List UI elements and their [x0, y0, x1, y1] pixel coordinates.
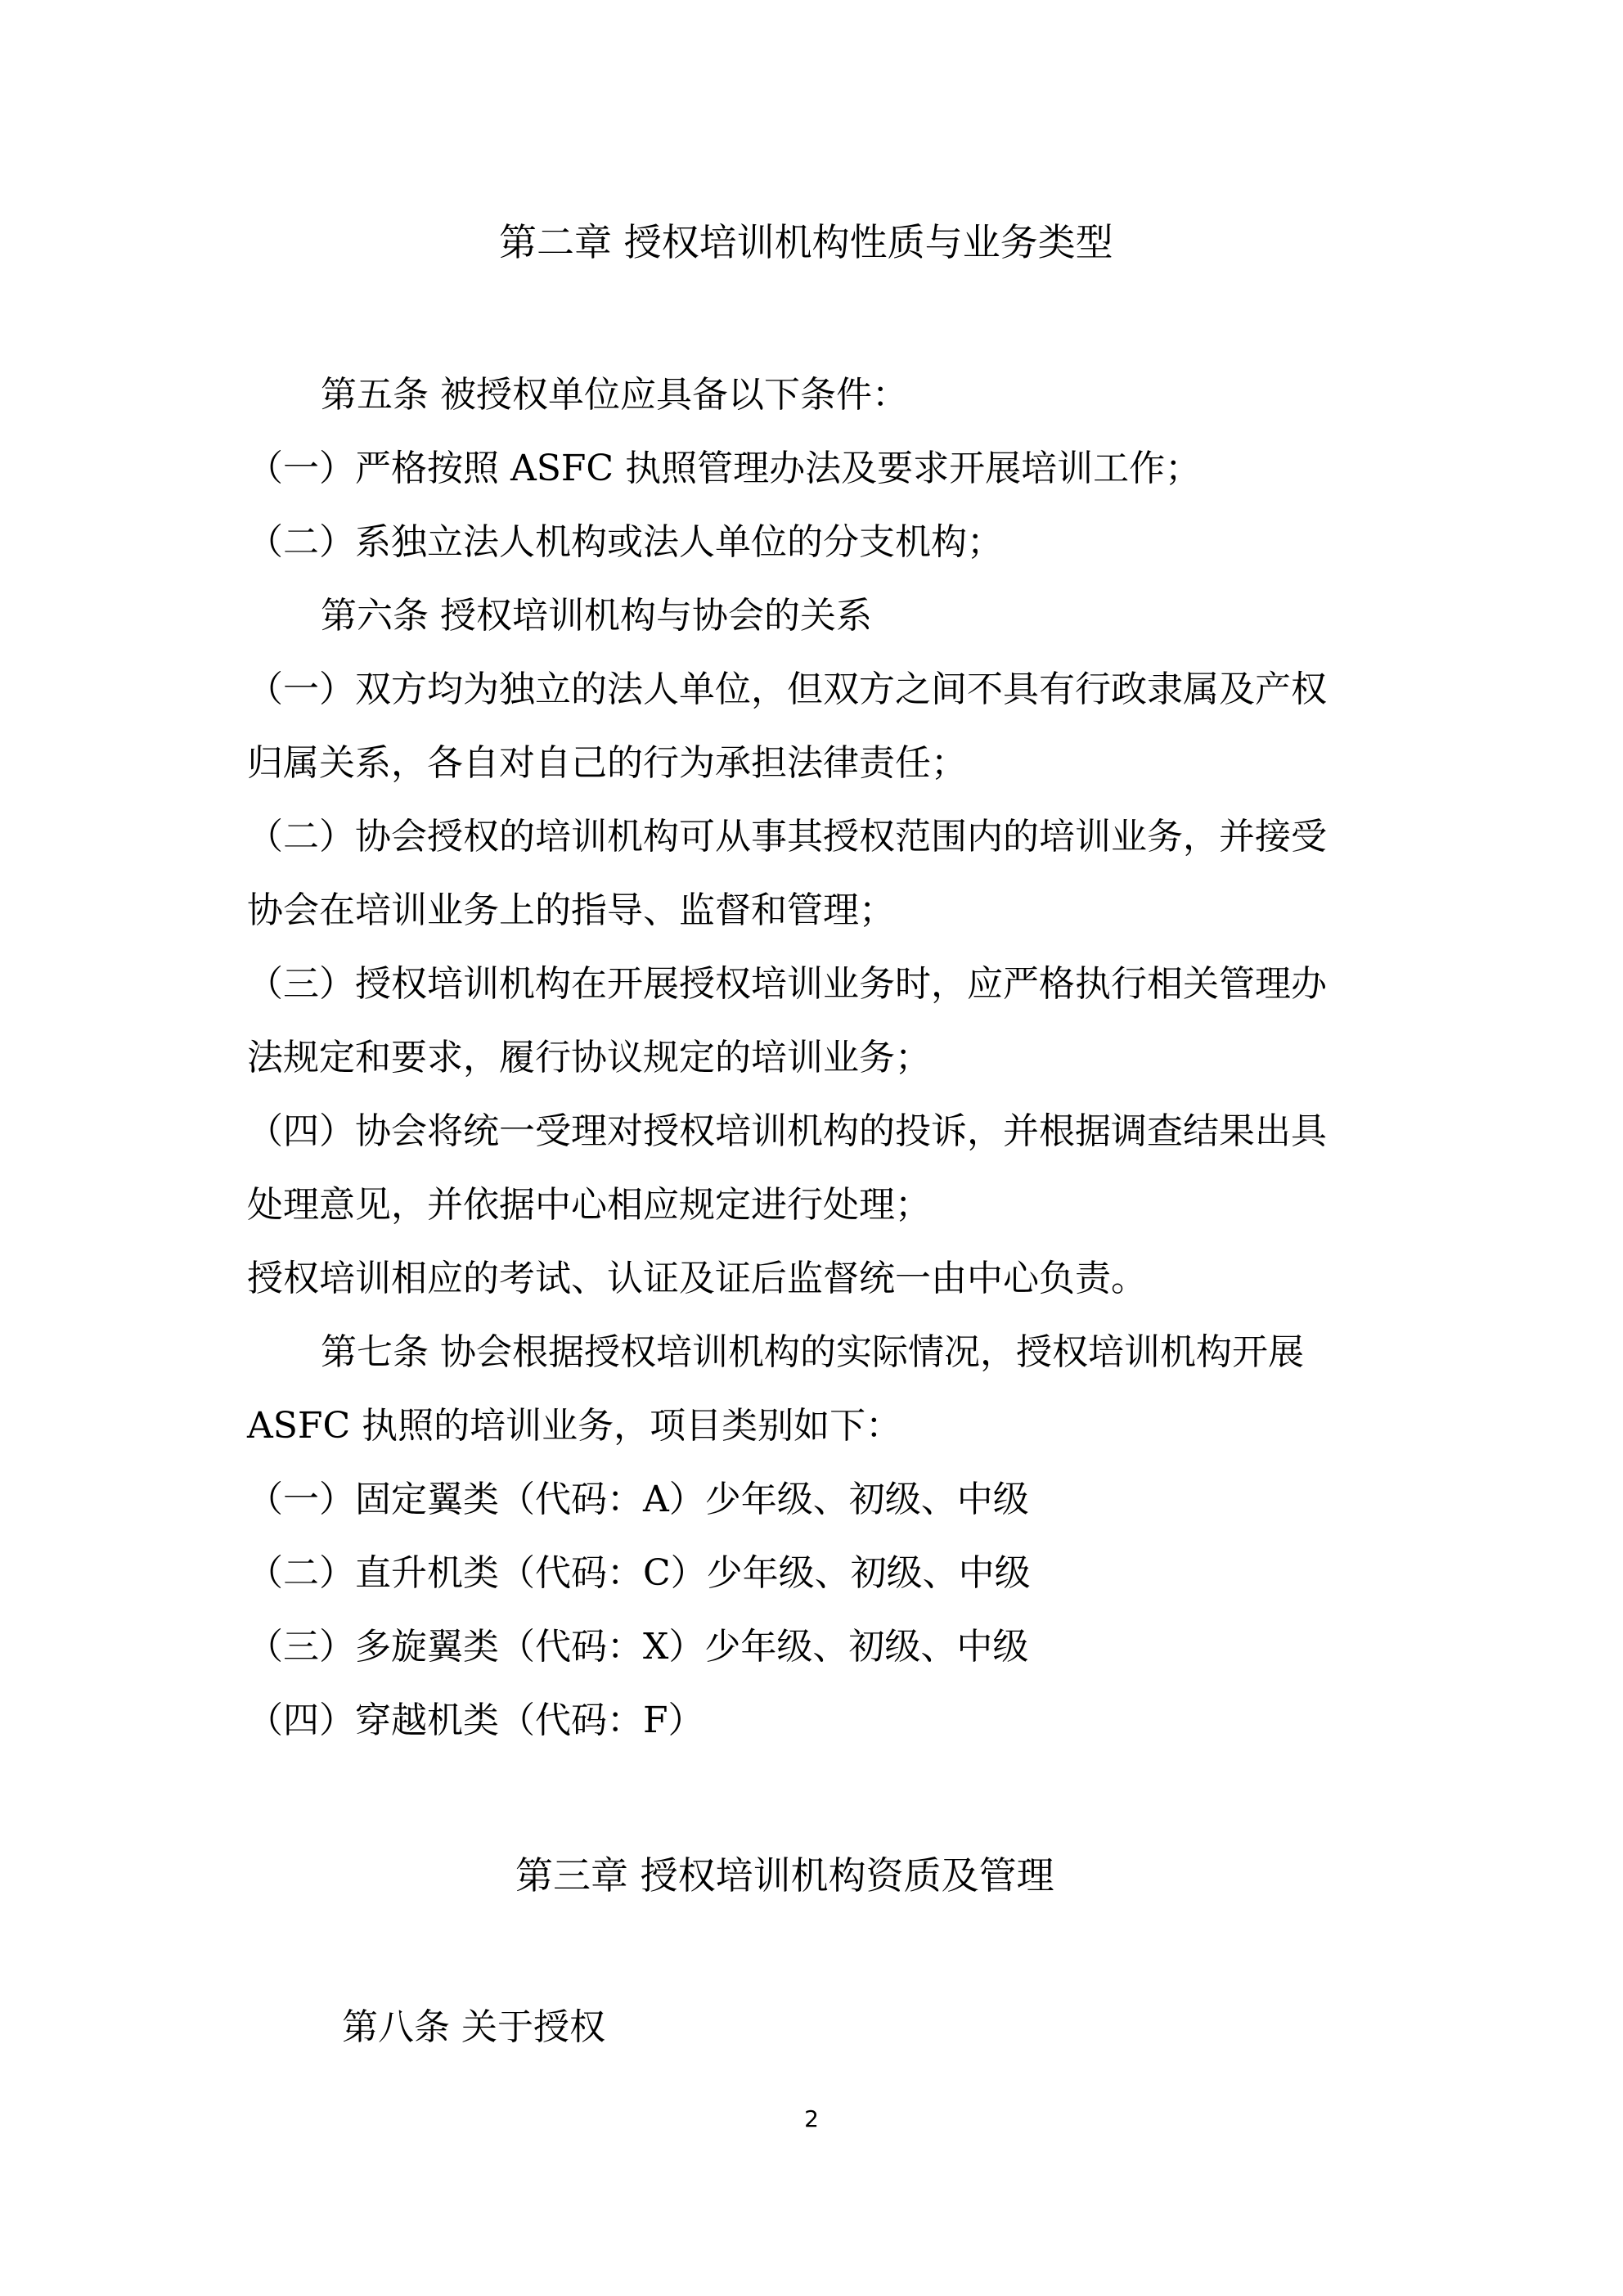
article-7-item-2: （二）直升机类（代码：C）少年级、初级、中级 — [247, 1551, 1031, 1596]
article-5-title: 第五条 被授权单位应具备以下条件： — [321, 372, 908, 418]
article-6-line-5: （三）授权培训机构在开展授权培训业务时，应严格执行相关管理办 — [247, 961, 1327, 1007]
chapter-3-title: 第三章 授权培训机构资质及管理 — [515, 1853, 1054, 1898]
article-6-title: 第六条 授权培训机构与协会的关系 — [321, 593, 872, 639]
article-6-line-3: （二）协会授权的培训机构可从事其授权范围内的培训业务，并接受 — [247, 814, 1327, 860]
article-6-line-2: 归属关系，各自对自己的行为承担法律责任； — [247, 741, 967, 786]
article-7-title-line-2: ASFC 执照的培训业务，项目类别如下： — [247, 1403, 901, 1449]
document-page: 第二章 授权培训机构性质与业务类型 第五条 被授权单位应具备以下条件： （一）严… — [0, 0, 1623, 2296]
article-6-line-7: （四）协会将统一受理对授权培训机构的投诉，并根据调查结果出具 — [247, 1109, 1327, 1155]
article-6-line-8: 处理意见，并依据中心相应规定进行处理； — [247, 1182, 931, 1228]
article-6-line-1: （一）双方均为独立的法人单位，但双方之间不具有行政隶属及产权 — [247, 667, 1327, 713]
article-7-item-1: （一）固定翼类（代码：A）少年级、初级、中级 — [247, 1477, 1029, 1523]
article-7-item-3: （三）多旋翼类（代码：X）少年级、初级、中级 — [247, 1624, 1028, 1670]
article-6-line-6: 法规定和要求，履行协议规定的培训业务； — [247, 1035, 931, 1081]
article-7-title-line-1: 第七条 协会根据授权培训机构的实际情况，授权培训机构开展 — [321, 1330, 1304, 1375]
article-7-item-4: （四）穿越机类（代码：F） — [247, 1698, 704, 1744]
page-number: 2 — [0, 2105, 1623, 2134]
article-8-title: 第八条 关于授权 — [342, 2005, 605, 2051]
chapter-2-title: 第二章 授权培训机构性质与业务类型 — [499, 219, 1113, 265]
article-5-item-2: （二）系独立法人机构或法人单位的分支机构； — [247, 520, 1003, 565]
article-5-item-1: （一）严格按照 ASFC 执照管理办法及要求开展培训工作； — [247, 446, 1201, 492]
article-6-line-4: 协会在培训业务上的指导、监督和管理； — [247, 888, 895, 934]
article-6-line-9: 授权培训相应的考试、认证及证后监督统一由中心负责。 — [247, 1256, 1147, 1302]
